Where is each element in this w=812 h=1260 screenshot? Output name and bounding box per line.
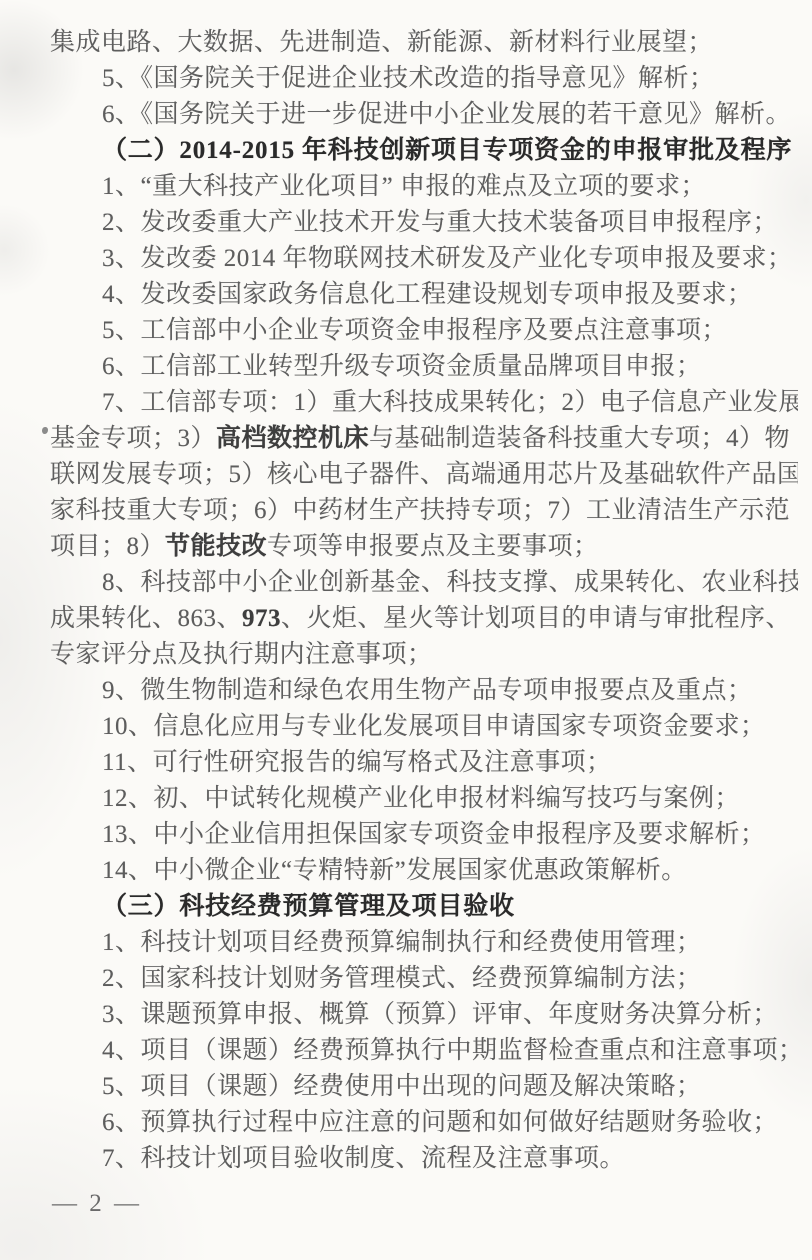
text-segment: 9、微生物制造和绿色农用生物产品专项申报要点及重点； (102, 677, 753, 704)
text-segment: 4、发改委国家政务信息化工程建设规划专项申报及要求； (102, 281, 753, 308)
text-segment: 联网发展专项；5）核心电子器件、高端通用芯片及基础软件产品国 (50, 461, 798, 488)
text-line: 5、项目（课题）经费使用中出现的问题及解决策略； (50, 1069, 798, 1105)
section-heading: （二）2014-2015 年科技创新项目专项资金的申报审批及程序 (50, 133, 798, 169)
text-segment: 10、信息化应用与专业化发展项目申请国家专项资金要求； (102, 713, 766, 740)
text-line: 5、工信部中小企业专项资金申报程序及要点注意事项； (50, 313, 798, 349)
text-segment: （二）2014-2015 年科技创新项目专项资金的申报审批及程序 (102, 137, 792, 164)
text-segment: 6、预算执行过程中应注意的问题和如何做好结题财务验收； (102, 1109, 778, 1136)
text-line: 1、科技计划项目经费预算编制执行和经费使用管理； (50, 925, 798, 961)
text-segment: 5、项目（课题）经费使用中出现的问题及解决策略； (102, 1073, 702, 1100)
text-segment: 2、国家科技计划财务管理模式、经费预算编制方法； (102, 965, 702, 992)
text-line: 联网发展专项；5）核心电子器件、高端通用芯片及基础软件产品国 (50, 457, 798, 493)
text-segment: 1、“重大科技产业化项目” 申报的难点及立项的要求； (102, 173, 706, 200)
ink-dot-artifact (42, 427, 48, 434)
text-line: 7、科技计划项目验收制度、流程及注意事项。 (50, 1141, 798, 1177)
text-segment: 14、中小微企业“专精特新”发展国家优惠政策解析。 (102, 857, 687, 884)
text-line: 8、科技部中小企业创新基金、科技支撑、成果转化、农业科技 (50, 565, 798, 601)
text-line: 11、可行性研究报告的编写格式及注意事项； (50, 745, 798, 781)
text-line: 1、“重大科技产业化项目” 申报的难点及立项的要求； (50, 169, 798, 205)
text-line: 家科技重大专项；6）中药材生产扶持专项；7）工业清洁生产示范 (50, 493, 798, 529)
text-line: 6、工信部工业转型升级专项资金质量品牌项目申报； (50, 349, 798, 385)
text-line: 2、国家科技计划财务管理模式、经费预算编制方法； (50, 961, 798, 997)
text-line: 14、中小微企业“专精特新”发展国家优惠政策解析。 (50, 853, 798, 889)
text-segment: 13、中小企业信用担保国家专项资金申报程序及要求解析； (102, 821, 766, 848)
text-line: 集成电路、大数据、先进制造、新能源、新材料行业展望； (50, 25, 798, 61)
text-segment: 5、工信部中小企业专项资金申报程序及要点注意事项； (102, 317, 727, 344)
text-line: 成果转化、863、973、火炬、星火等计划项目的申请与审批程序、 (50, 601, 798, 637)
text-line: 6、预算执行过程中应注意的问题和如何做好结题财务验收； (50, 1105, 798, 1141)
text-segment: 11、可行性研究报告的编写格式及注意事项； (102, 749, 612, 776)
text-segment: 7、工信部专项：1）重大科技成果转化；2）电子信息产业发展 (102, 389, 798, 416)
text-line: 9、微生物制造和绿色农用生物产品专项申报要点及重点； (50, 673, 798, 709)
text-segment: 家科技重大专项；6）中药材生产扶持专项；7）工业清洁生产示范 (50, 497, 790, 524)
text-segment: 12、初、中试转化规模产业化申报材料编写技巧与案例； (102, 785, 740, 812)
text-line: 4、发改委国家政务信息化工程建设规划专项申报及要求； (50, 277, 798, 313)
text-segment: 成果转化、863、 (50, 605, 242, 632)
text-segment: 专家评分点及执行期内注意事项； (50, 641, 433, 668)
text-segment: （三）科技经费预算管理及项目验收 (102, 893, 515, 920)
text-line: 12、初、中试转化规模产业化申报材料编写技巧与案例； (50, 781, 798, 817)
text-line: 4、项目（课题）经费预算执行中期监督检查重点和注意事项； (50, 1033, 798, 1069)
text-line: 2、发改委重大产业技术开发与重大技术装备项目申报程序； (50, 205, 798, 241)
text-segment: 1、科技计划项目经费预算编制执行和经费使用管理； (102, 929, 702, 956)
text-segment: 基金专项；3） (50, 425, 216, 452)
text-line: 6、《国务院关于进一步促进中小企业发展的若干意见》解析。 (50, 97, 798, 133)
text-segment-bold: 973 (242, 605, 281, 632)
document-body: 集成电路、大数据、先进制造、新能源、新材料行业展望；5、《国务院关于促进企业技术… (50, 25, 798, 1177)
text-line: 5、《国务院关于促进企业技术改造的指导意见》解析； (50, 61, 798, 97)
text-segment: 专项等申报要点及主要事项； (267, 533, 599, 560)
text-line: 3、课题预算申报、概算（预算）评审、年度财务决算分析； (50, 997, 798, 1033)
text-segment: 集成电路、大数据、先进制造、新能源、新材料行业展望； (50, 29, 713, 56)
text-segment: 项目；8） (50, 533, 165, 560)
text-segment: 7、科技计划项目验收制度、流程及注意事项。 (102, 1145, 625, 1172)
text-segment: 、火炬、星火等计划项目的申请与审批程序、 (281, 605, 791, 632)
text-segment: 3、课题预算申报、概算（预算）评审、年度财务决算分析； (102, 1001, 778, 1028)
text-segment: 8、科技部中小企业创新基金、科技支撑、成果转化、农业科技 (102, 569, 798, 596)
text-line: 10、信息化应用与专业化发展项目申请国家专项资金要求； (50, 709, 798, 745)
page-number: — 2 — (52, 1190, 142, 1218)
text-line: 基金专项；3）高档数控机床与基础制造装备科技重大专项；4）物 (50, 421, 798, 457)
section-heading: （三）科技经费预算管理及项目验收 (50, 889, 798, 925)
text-line: 3、发改委 2014 年物联网技术研发及产业化专项申报及要求； (50, 241, 798, 277)
text-line: 13、中小企业信用担保国家专项资金申报程序及要求解析； (50, 817, 798, 853)
text-segment: 6、《国务院关于进一步促进中小企业发展的若干意见》解析。 (102, 101, 791, 128)
text-segment: 4、项目（课题）经费预算执行中期监督检查重点和注意事项； (102, 1037, 798, 1064)
text-segment-bold: 高档数控机床 (216, 425, 369, 452)
text-segment: 5、《国务院关于促进企业技术改造的指导意见》解析； (102, 65, 715, 92)
text-segment-bold: 节能技改 (165, 533, 267, 560)
scanned-document-page: 集成电路、大数据、先进制造、新能源、新材料行业展望；5、《国务院关于促进企业技术… (0, 0, 812, 1260)
text-line: 项目；8）节能技改专项等申报要点及主要事项； (50, 529, 798, 565)
text-segment: 与基础制造装备科技重大专项；4）物 (369, 425, 790, 452)
text-line: 专家评分点及执行期内注意事项； (50, 637, 798, 673)
text-segment: 3、发改委 2014 年物联网技术研发及产业化专项申报及要求； (102, 245, 793, 272)
text-segment: 2、发改委重大产业技术开发与重大技术装备项目申报程序； (102, 209, 778, 236)
text-segment: 6、工信部工业转型升级专项资金质量品牌项目申报； (102, 353, 702, 380)
text-line: 7、工信部专项：1）重大科技成果转化；2）电子信息产业发展 (50, 385, 798, 421)
